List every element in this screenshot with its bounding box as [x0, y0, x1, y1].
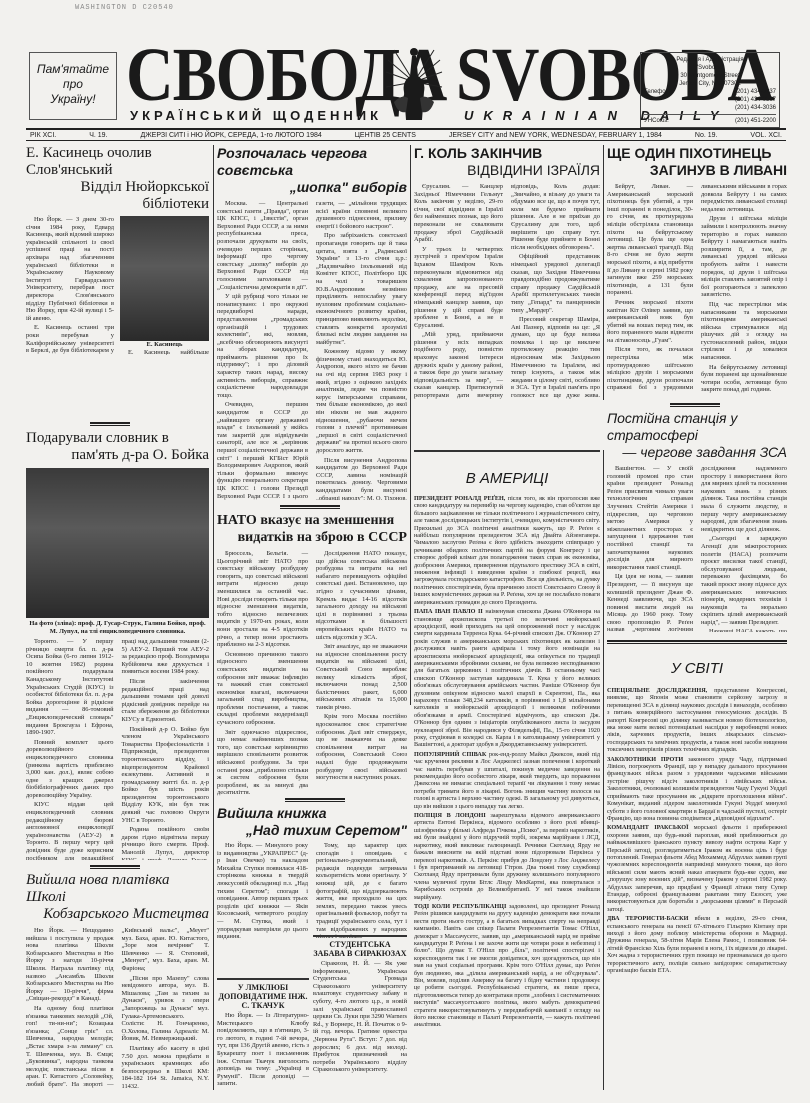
paragraph: Ню Йорк. — З днем 30-го січня 1984 року,…	[26, 216, 114, 322]
headline: СТУДЕНТСЬКА ЗАБАВА В СИРАКЮЗАХ	[313, 940, 407, 958]
section-in-america: В АМЕРИЦІ ПРЕЗИДЕНТ РОНАЛД РЕҐЕН, після …	[414, 470, 600, 1090]
paragraph: „Пісня про Мазепу" слова невідомого авто…	[122, 975, 210, 1043]
headline: „Над тихим Серетом"	[217, 822, 407, 839]
phone-number: (201) 434-3036	[735, 104, 776, 112]
headline: ВІДВІДИНИ ІЗРАЇЛЯ	[414, 162, 600, 179]
item-text: заарештувала відомого американського арт…	[414, 812, 600, 900]
phone-number: (201) 434-0237	[735, 88, 776, 96]
item-lead: ПОЛІЦІЯ В ЛОНДОНІ	[414, 812, 486, 819]
paragraph: Єрусалим. — Канцлер Західньої Німеччини …	[414, 183, 503, 244]
paragraph: Звіт одночасно підкреслює, що немає найм…	[217, 729, 308, 797]
headline: Розпочалась чергова совєтська	[217, 145, 407, 179]
paragraph: Е. Касинець останні три роки перебував у…	[26, 324, 114, 355]
subtitle-ukrainian: УКРАЇНСЬКИЙ ЩОДЕННИК	[130, 108, 382, 123]
headline: Відділ Нюйоркської бібліотеки	[26, 179, 209, 213]
paragraph: Після закінчення редакційної праці над д…	[122, 678, 210, 724]
paragraph: Офіційний представник німецької урядової…	[511, 253, 600, 314]
article-book: Вийшла книжка „Над тихим Серетом" Ню Йор…	[217, 805, 407, 945]
headline: видатків на зброю в СССР	[217, 529, 407, 546]
paragraph: Брюссель, Бельгія. — Цьогорічний звіт НА…	[217, 550, 308, 649]
headline: Подарували словник в	[26, 430, 209, 447]
library-stamp: WASHINGTON D C20540	[75, 4, 174, 12]
address-box: Редакція і Адміністрація "Svoboda" 30 Mo…	[640, 52, 780, 128]
issue-number-en: No. 19.	[695, 132, 718, 139]
remember-line: Пам'ятайте	[30, 62, 116, 77]
headline: Е. Касинець очолив Слов'янський	[26, 145, 209, 179]
item-text: рок-енд-роллу Майкл Джексон, який під ча…	[414, 751, 600, 810]
article-lebanon: ЩЕ ОДИН ПІХОТИНЕЦЬ ЗАГИНУВ В ЛИВАНІ Бейр…	[607, 145, 787, 400]
paragraph: Під час перестрілки між напасниками та м…	[701, 301, 787, 362]
remember-line: про	[30, 77, 116, 92]
headline: Г. КОЛЬ ЗАКІНЧИВ	[414, 145, 600, 162]
masthead: Пам'ятайте про Україну! СВОБОДА УКРАЇНСЬ…	[26, 40, 786, 128]
item-text: представлене Конгресові, виявляє, що Япо…	[607, 687, 787, 753]
paragraph: Дослідження НАТО показує, що дійсна совє…	[316, 550, 407, 641]
article-boyko: Подарували словник в пам'ять д-ра О. Бой…	[26, 430, 209, 860]
article-stratosphere: Постійна станція у стратосфері — чергове…	[607, 410, 787, 632]
item-lead: СПЕЦІЯЛЬНЕ ДОСЛІДЖЕННЯ,	[607, 687, 707, 694]
article-tkachuk: У ЛМКЛЮБІ ДОПОВІДАТИМЕ ІНЖ. С. ТКАЧУК Ню…	[217, 978, 309, 1093]
item-text: задоволені, що президент Роналд Реґен рі…	[414, 903, 600, 1029]
section-in-world: У СВІТІ СПЕЦІЯЛЬНЕ ДОСЛІДЖЕННЯ, представ…	[607, 660, 787, 1090]
paragraph: Повний комплет цього дореволюційного енц…	[26, 739, 114, 800]
headline: Постійна станція у стратосфері	[607, 410, 787, 444]
paragraph: Вашінгтон. — У своїй головній промові пр…	[607, 465, 693, 571]
paragraph: Сіракюзи, Н. Й. — Як уже інформовано, Ук…	[313, 960, 407, 1074]
article-nato: НАТО вказує на зменшення видатків на збр…	[217, 512, 407, 802]
phone-number: (201) 451-2200	[735, 117, 776, 125]
article-kasynets: Е. Касинець очолив Слов'янський Відділ Н…	[26, 145, 209, 355]
paragraph: Тому, що характер цих спогадів і оповіда…	[316, 842, 407, 941]
paragraph: Звіт аналізує, що не зважаючи на відносн…	[316, 643, 407, 711]
headline: ЗАГИНУВ В ЛИВАНІ	[607, 162, 787, 179]
item-lead: ПОПУЛЯРНИЙ СПІВАК	[414, 751, 486, 758]
headline: — чергове завдання ЗСА	[607, 444, 787, 461]
address-line: "Svoboda"	[644, 64, 776, 72]
paragraph: Платівку або касету в ціні 7.50 дол. мож…	[122, 1045, 210, 1091]
paragraph: Ню Йорк. — Із Літературно-Мистецького Кл…	[217, 1012, 309, 1088]
paragraph: Бейрут, Ливан. — Американський морський …	[607, 183, 693, 297]
item-lead: ПАПА ІВАН ПАВЛО II	[414, 608, 483, 615]
article-students: СТУДЕНТСЬКА ЗАБАВА В СИРАКЮЗАХ Сіракюзи,…	[313, 935, 407, 1095]
headline: пам'ять д-ра О. Бойка	[26, 447, 209, 464]
paragraph: „Сьогодні я заряджую Агенції для міжпрос…	[701, 535, 787, 626]
address-line: 30 Montgomery Street	[644, 72, 776, 80]
address-line: Редакція і Адміністрація	[644, 56, 776, 64]
item-lead: КОМАНДАНТ ІРАКСЬКОЇ	[607, 824, 689, 831]
unsoyuz-label: УНСоюз:	[644, 117, 669, 125]
phones-label: Телефони:	[644, 88, 674, 96]
item-text: вбили в неділю, 29-го січня, еспанського…	[607, 915, 787, 974]
dateline: РІК XCI. Ч. 19. ДЖЕРЗІ СИТІ і НЮ ЙОРК, С…	[26, 128, 786, 141]
photo-caption: На фото (зліва): проф. Д. Гусар-Струк, Г…	[26, 620, 209, 636]
article-kohl: Г. КОЛЬ ЗАКІНЧИВ ВІДВІДИНИ ІЗРАЇЛЯ Єруса…	[414, 145, 600, 405]
item-lead: ЗАКОЛОТНИКИ ПРОТИ	[607, 756, 683, 763]
paragraph: Крім того Москва постійно вдосконалює св…	[316, 713, 407, 781]
item-text: наіменував єпископа Джана О'Коннора на с…	[414, 608, 600, 748]
year: РІК XCI.	[30, 132, 56, 139]
article-soviet-elections: Розпочалась чергова совєтська „шопка" ви…	[217, 145, 407, 500]
remember-line: Україну!	[30, 92, 116, 107]
paragraph: Речник морської піхоти капітан Кіт Оліве…	[607, 299, 693, 345]
paragraph: Покійний д-р О. Бойко був членом Українс…	[122, 726, 210, 825]
paragraph: Про забріханість совєтської пропаганди г…	[316, 232, 407, 346]
paragraph: Ню Йорк. — Минулого року із видавництва …	[217, 842, 308, 941]
headline: Вийшла книжка	[217, 805, 407, 822]
paragraph: Основною причиною такого відносного змен…	[217, 651, 308, 727]
volume: VOL. XCI.	[750, 132, 782, 139]
item-text: законного уряду Чаду, підтримані Лівією,…	[607, 756, 787, 822]
item-lead: ПРЕЗИДЕНТ РОНАЛД РЕҐЕН,	[414, 495, 505, 502]
paragraph: Ню Йорк. — Нещодавно вийшла і поступила …	[26, 927, 114, 1003]
remember-ukraine-box: Пам'ятайте про Україну!	[29, 52, 117, 120]
paragraph: У цій рубриці чого тільки не понаписуван…	[217, 293, 308, 399]
photo-boyko-group	[26, 468, 209, 618]
paragraph: Торонто. — У першу річницю смерти бл. п.…	[26, 638, 114, 737]
address-line: Jersey City, N.J. 07302	[644, 80, 776, 88]
paragraph: Москва. — Центральні совєтські газети „П…	[217, 200, 308, 291]
paragraph: Друзи і шіїтська міліція займили і контр…	[701, 215, 787, 299]
paragraph: У трьох із четвертих зустрічей з прем'єр…	[414, 246, 503, 330]
emblem-icon	[384, 42, 444, 122]
item-text: після того, як він проголосив вже свою к…	[414, 495, 600, 606]
date-ukrainian: ДЖЕРЗІ СИТІ і НЮ ЙОРК, СЕРЕДА, 1-го ЛЮТО…	[140, 132, 321, 139]
paragraph: На бейрутському летовищі були поранені щ…	[701, 364, 787, 394]
headline: НАТО вказує на зменшення	[217, 512, 407, 529]
paragraph: Е. Касинець найбільше інтенсивно працюва…	[120, 349, 209, 355]
price: ЦЕНТІВ 25 CENTS	[355, 132, 416, 139]
paragraph: Кожному відомо у якому фізичному стані з…	[316, 348, 407, 454]
item-lead: ТОДІ КОЛИ РЕСПУБЛІКАНЦІ	[414, 903, 506, 910]
headline: Кобзарського Мистецтва	[26, 906, 209, 923]
headline: У ЛМКЛЮБІ ДОПОВІДАТИМЕ ІНЖ. С. ТКАЧУК	[217, 983, 309, 1010]
photo-kasynets	[120, 216, 209, 341]
section-title: В АМЕРИЦІ	[414, 470, 600, 487]
section-title: У СВІТІ	[607, 660, 787, 677]
headline: ЩЕ ОДИН ПІХОТИНЕЦЬ	[607, 145, 787, 162]
phone-number: (201) 434-0807	[735, 96, 776, 104]
headline: „шопка" виборів	[217, 179, 407, 196]
item-lead: ДВА ТЕРОРИСТИ-БАСКИ	[607, 915, 688, 922]
article-kobzar-record: Вийшла нова платівка Школі Кобзарського …	[26, 872, 209, 1092]
headline: Вийшла нова платівка Школі	[26, 872, 209, 906]
photo-caption: Е. Касинець	[120, 341, 209, 349]
item-text: морської фльоти і прибережної охорони за…	[607, 824, 787, 912]
issue-number: Ч. 19.	[89, 132, 107, 139]
date-english: JERSEY CITY and NEW YORK, WEDNESDAY, FEB…	[449, 132, 662, 139]
